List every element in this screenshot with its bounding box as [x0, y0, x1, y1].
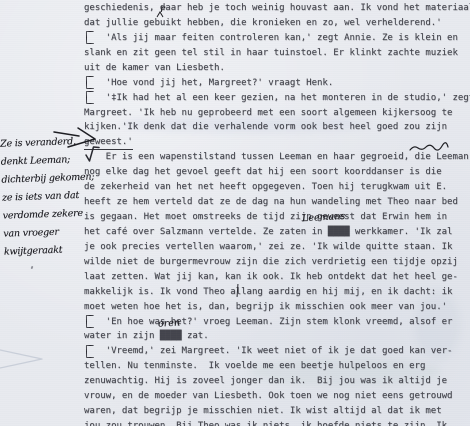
typed-line: geschiedenis, daar heb je toch weinig ho… [84, 1, 470, 15]
typed-line: Margreet. 'Ik heb nu geprobeerd met een … [84, 106, 452, 120]
typed-line: uit de kamer van Liesbeth. [84, 61, 225, 75]
typed-line: laat zetten. Wat jij kan, kan ik ook. Ik… [84, 270, 458, 284]
manuscript-page: geschiedenis, daar heb je toch weinig ho… [0, 0, 470, 426]
typed-line: de zekerheid van het net heeft opgegeven… [84, 180, 447, 194]
typed-line: makkelijk is. Ik vond Theo allang aardig… [84, 285, 452, 299]
caret-icon [156, 11, 164, 17]
paragraph-mark-icon [86, 76, 94, 89]
correction-leemans: Leemans [302, 211, 346, 224]
typed-line: 'Hoe vond jij het, Margreet?' vraagt Hen… [84, 76, 333, 90]
margin-note-line: verdomde zekere [2, 204, 95, 225]
typed-line: heeft ze hem verteld dat ze de dag na hu… [84, 195, 458, 209]
typed-line: nog elke dag het gevoel geeft dat hij ee… [84, 165, 442, 179]
margin-note-line: dichterbij gekomen; [1, 168, 94, 189]
correction-oren: oren [158, 317, 181, 329]
paragraph-mark-icon [86, 345, 94, 358]
typed-line: waren, dat begrijp je misschien niet. Ik… [84, 404, 442, 418]
margin-note: Ze is veranderd,denkt Leeman;dichterbij … [0, 132, 96, 261]
typed-line: 'En hoe was het?' vroeg Leeman. Zijn ste… [84, 315, 452, 329]
margin-note-line: kwijtgeraakt [4, 240, 97, 261]
typed-line: je ook precies vertellen waarom,' zei ze… [84, 240, 452, 254]
pencil-arrow-icon [0, 342, 46, 370]
stet-squiggle-icon [410, 144, 448, 152]
stray-ink-mark [31, 266, 34, 270]
typed-line: tellen. Nu tenminste. Ik voelde me een b… [84, 359, 425, 373]
typed-line: water in zijn ████ zat. [84, 329, 209, 343]
typed-line: 'Als jij maar feiten controleren kan,' z… [84, 31, 458, 45]
typed-line: is gegaan. Het moet omstreeks de tijd zi… [84, 210, 447, 224]
paragraph-mark-icon [86, 91, 94, 104]
paragraph-mark-icon [86, 315, 94, 328]
typed-line: '‡Ik had het al een keer gezien, na het … [84, 91, 470, 105]
typed-line: jou zou trouwen. Bij Theo was ik niets, … [84, 419, 447, 426]
typed-line: 'Vreemd,' zei Margreet. 'Ik weet niet of… [84, 344, 452, 358]
typed-line: zenuwachtig. Hij is zoveel jonger dan ik… [84, 374, 447, 388]
typed-line: Er is een wapenstilstand tussen Leeman e… [84, 150, 469, 164]
typed-line: slank en zit geen tel stil in haar tuins… [84, 46, 458, 60]
note-arrow-icon [53, 125, 97, 149]
typed-line: vrouw, en de moeder van Liesbeth. Ook to… [84, 389, 452, 403]
typed-line: het café over Salzmann vertelde. Ze zate… [84, 225, 452, 239]
typed-line: wilde niet de burgermevrouw zijn die zic… [84, 255, 458, 269]
typed-line: kijken.'Ik denk dat die verhalende vorm … [84, 120, 447, 134]
paragraph-mark-icon [86, 31, 94, 44]
typed-line: dat jullie gebuikt hebben, die kronieken… [84, 16, 442, 30]
typed-line: moet weten hoe het is, dan, begrijp ik m… [84, 300, 447, 314]
